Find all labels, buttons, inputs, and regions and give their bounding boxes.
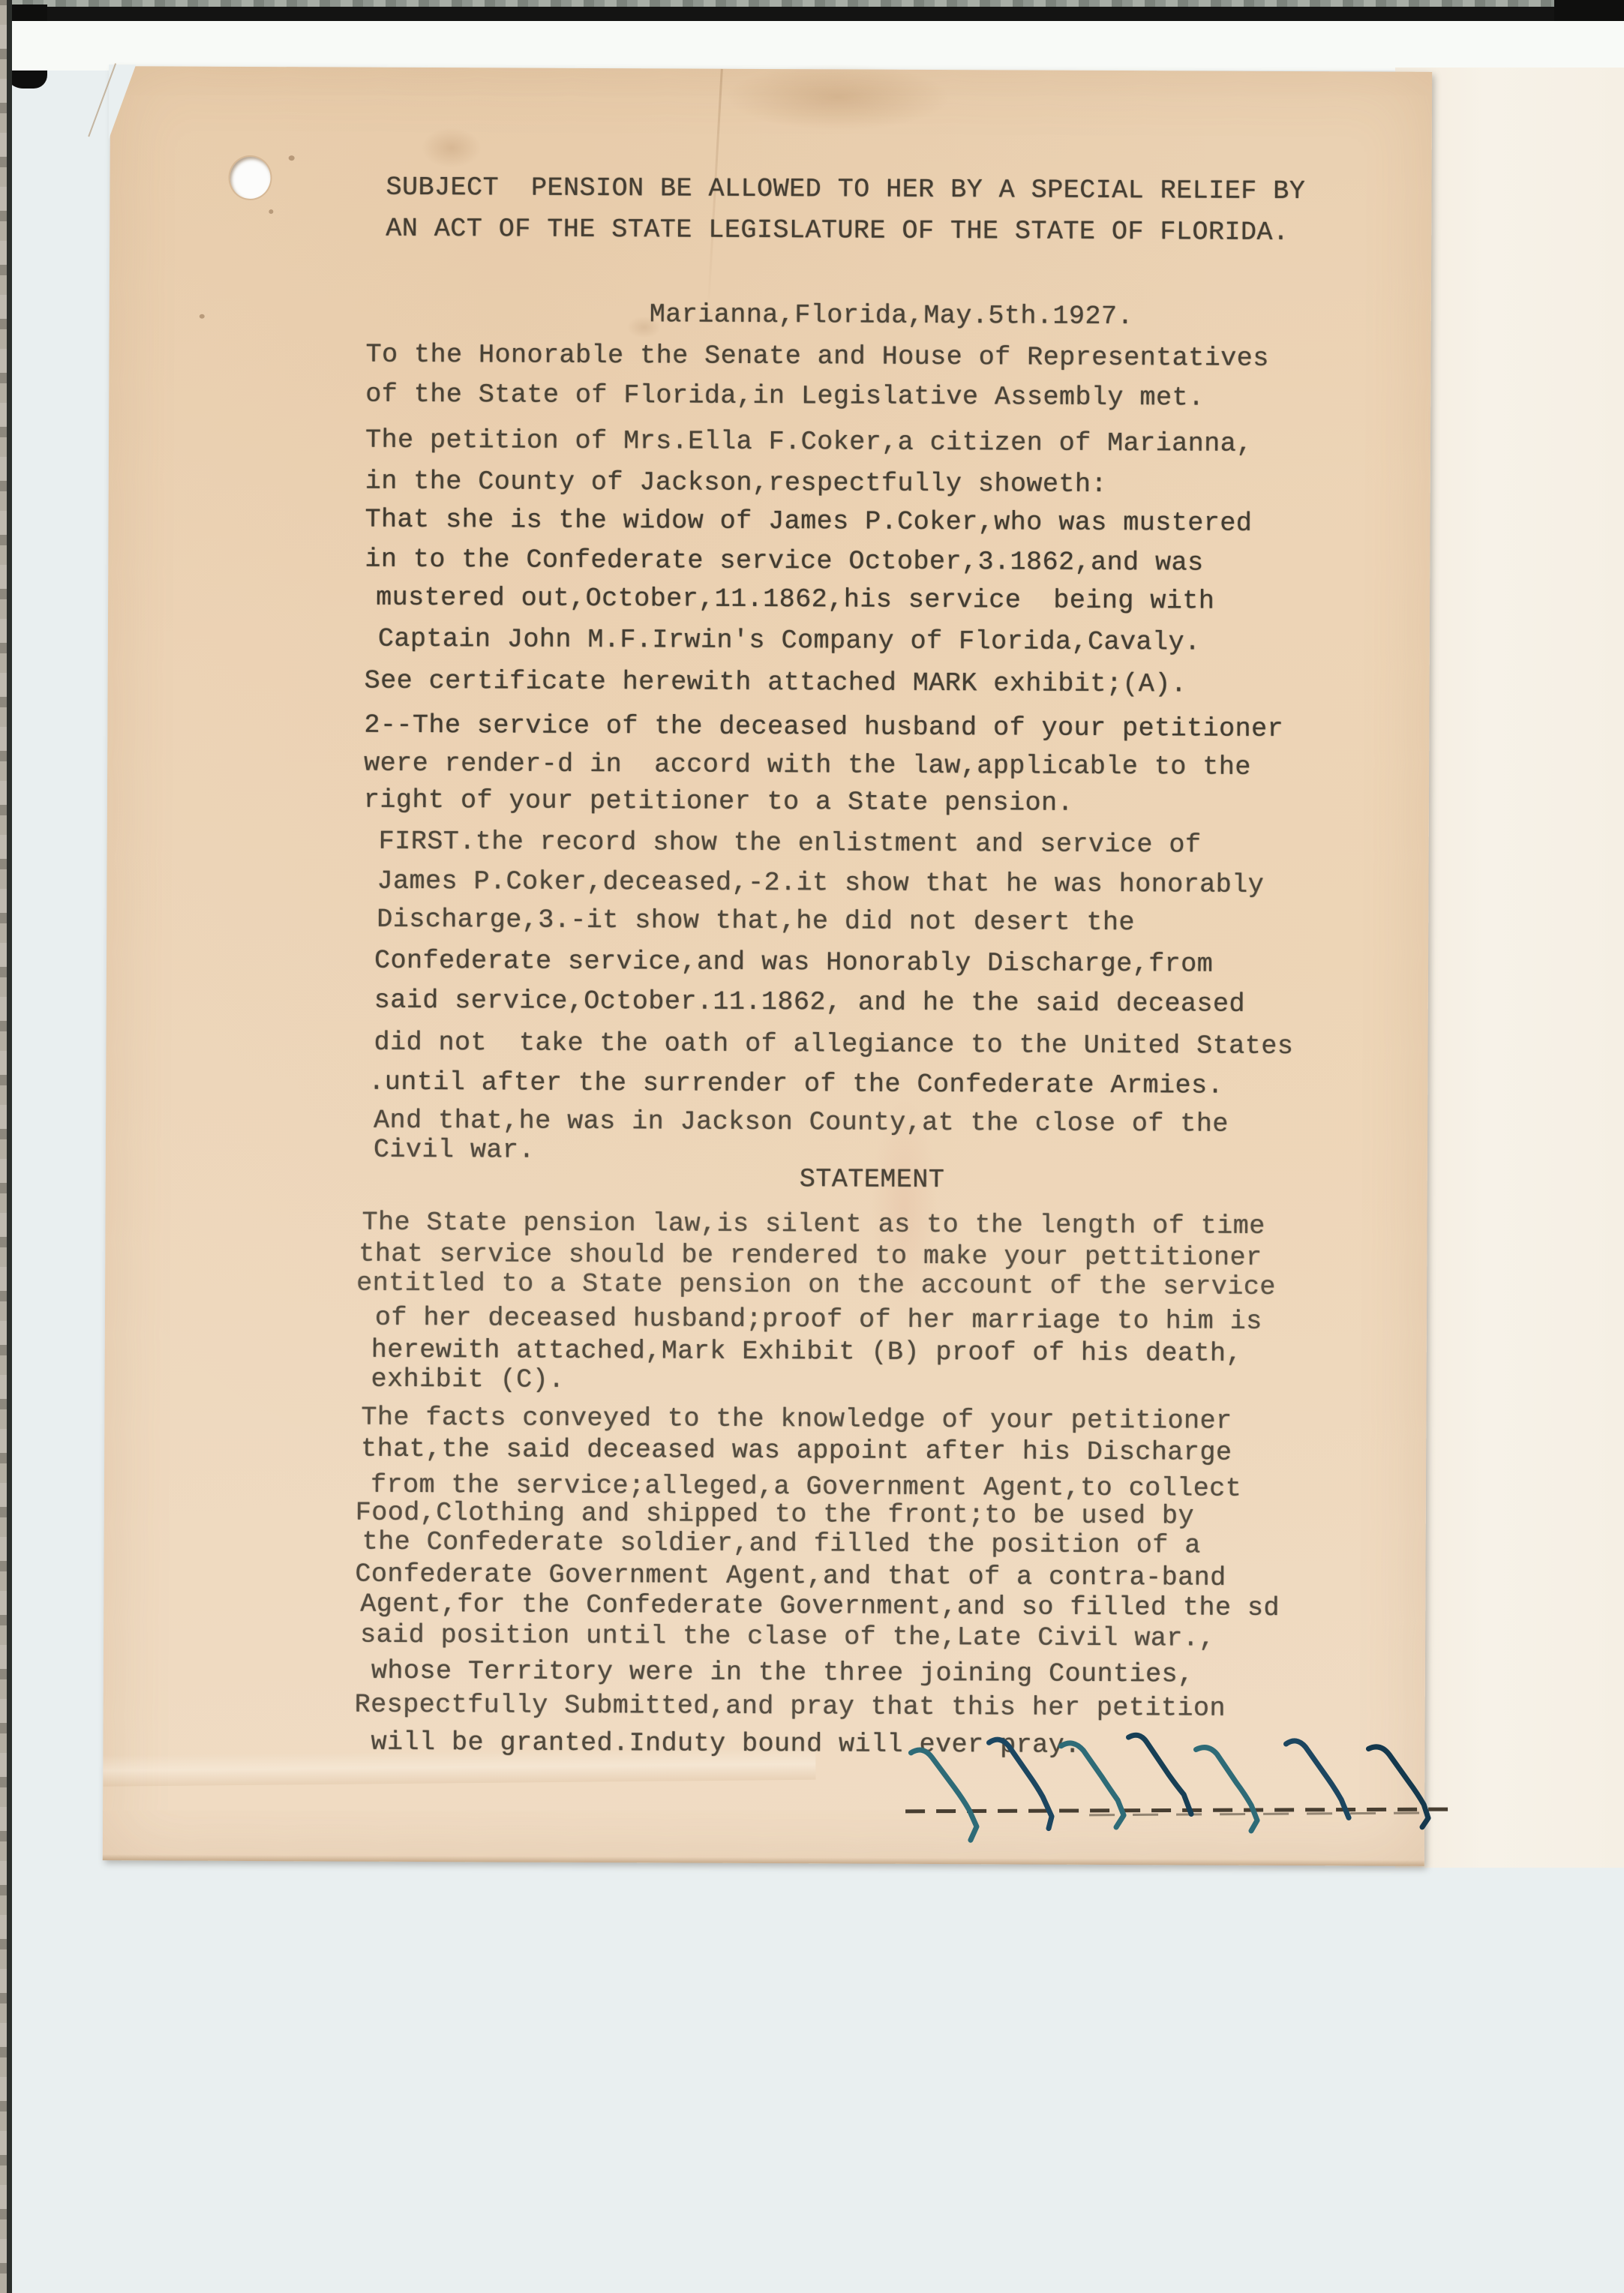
paper-speck [269,209,273,214]
typescript-line: exhibit (C). [371,1364,565,1395]
scanned-document-page: { "document": { "kind": "typewritten pet… [0,0,1624,2293]
typescript-line: 2--The service of the deceased husband o… [364,710,1283,744]
scanner-edge-left [7,0,12,2293]
punch-hole [230,157,270,199]
typescript-line: James P.Coker,deceased,-2.it show that h… [377,866,1264,900]
paper-stain [422,128,482,168]
typescript-line: that service should be rendered to make … [359,1239,1262,1273]
paper-speck [289,155,295,161]
typescript-line: FIRST.the record show the enlistment and… [379,827,1202,860]
typescript-line: That she is the widow of James P.Coker,w… [365,505,1253,539]
typescript-line: Confederate service,and was Honorably Di… [374,946,1213,980]
typescript-line: herewith attached,Mark Exhibit (B) proof… [371,1335,1242,1369]
typescript-line: Agent,for the Confederate Government,and… [360,1589,1280,1623]
typescript-line: Marianna,Florida,May.5th.1927. [650,299,1133,332]
typescript-line: The State pension law,is silent as to th… [362,1208,1265,1241]
typescript-line: right of your petitioner to a State pens… [364,785,1073,818]
typescript-line: in the County of Jackson,respectfully sh… [365,467,1107,500]
typescript-line: of the State of Florida,in Legislative A… [365,380,1204,413]
subject-heading-line: AN ACT OF THE STATE LEGISLATURE OF THE S… [386,214,1289,248]
typescript-line: Respectfully Submitted,and pray that thi… [355,1690,1226,1724]
typescript-line: The petition of Mrs.Ella F.Coker,a citiz… [365,425,1253,459]
typescript-line: said service,October.11.1862, and he the… [374,986,1245,1019]
typescript-line: of her deceased husband;proof of her mar… [375,1303,1262,1337]
typescript-line: Discharge,3.-it show that,he did not des… [377,905,1135,938]
typescript-line: Captain John M.F.Irwin's Company of Flor… [378,624,1201,658]
subject-heading-line: SUBJECT PENSION BE ALLOWED TO HER BY A S… [386,173,1305,206]
typescript-line: mustered out,October,11.1862,his service… [376,583,1214,617]
typescript-line: were render-d in accord with the law,app… [364,749,1251,782]
typescript-line: Confederate Government Agent,and that of… [355,1559,1226,1593]
paper-corner-fold [109,65,136,140]
typescript-line: The facts conveyed to the knowledge of y… [361,1403,1232,1436]
signature-ink-strokes [911,1734,1429,1842]
typescript-line: entitled to a State pension on the accou… [356,1268,1276,1302]
typescript-line: that,the said deceased was appoint after… [361,1434,1232,1468]
section-heading-statement: STATEMENT [800,1164,945,1195]
typescript-line: .until after the surrender of the Confed… [368,1067,1223,1101]
typescript-line: And that,he was in Jackson County,at the… [374,1106,1229,1139]
scanner-grain-left [0,0,7,2293]
paper-speck [200,314,205,319]
typescript-line: Civil war. [374,1135,535,1166]
typescript-line: the Confederate soldier,and filled the p… [362,1527,1201,1561]
typescript-line: Food,Clothing and shipped to the front;t… [356,1498,1194,1532]
typescript-line: said position until the clase of the,Lat… [360,1620,1215,1654]
paper-stain [725,63,950,131]
typescript-line: whose Territory were in the three joinin… [371,1656,1194,1690]
typescript-line: See certificate herewith attached MARK e… [365,666,1187,700]
signature-dashed-line [905,1807,1458,1817]
typescript-line: did not take the oath of allegiance to t… [374,1028,1293,1061]
scanner-white-band [12,21,1624,71]
signature-mark [774,1719,1480,1872]
typescript-line: To the Honorable the Senate and House of… [365,340,1268,374]
document-paper: SUBJECT PENSION BE ALLOWED TO HER BY A S… [103,66,1432,1866]
typescript-line: in to the Confederate service October,3.… [365,545,1203,578]
